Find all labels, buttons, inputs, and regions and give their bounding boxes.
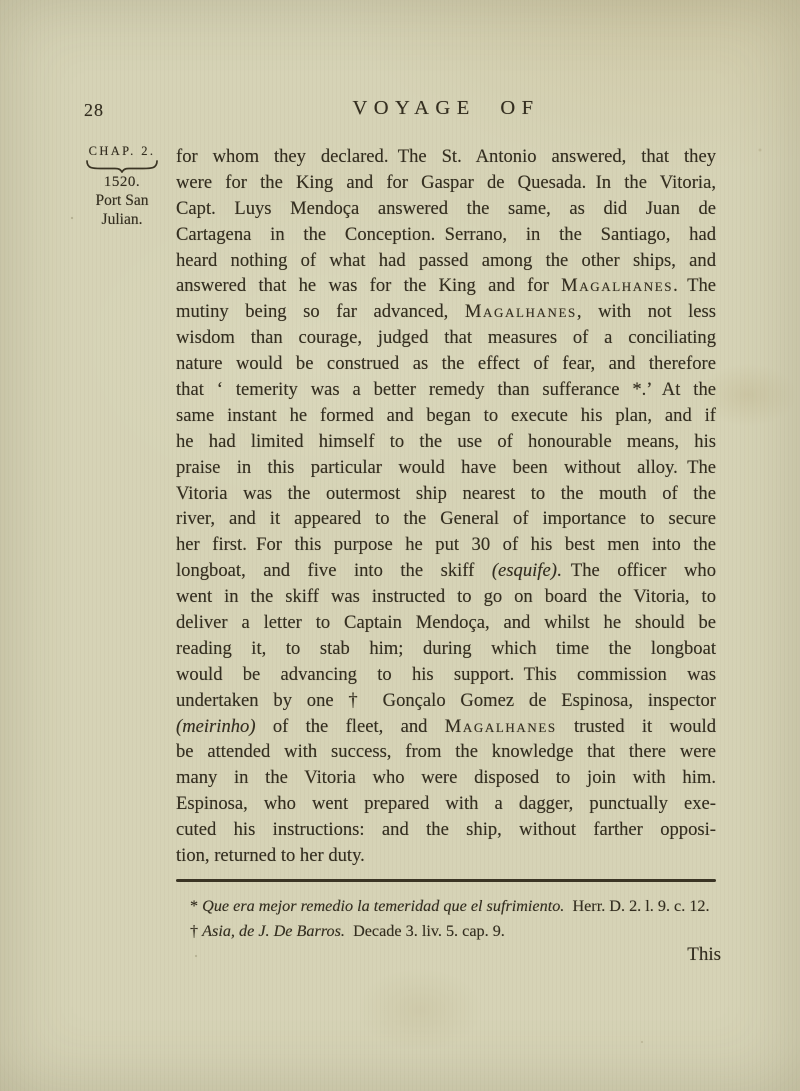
body-line: her first. For this purpose he put 30 of…: [176, 532, 716, 558]
place-label-line2: Julian.: [56, 212, 188, 229]
body-line: answered that he was for the King and fo…: [176, 273, 716, 299]
body-line: tion, returned to her duty.: [176, 843, 716, 869]
year-label: 1520.: [56, 174, 188, 191]
body-line: Espinosa, who went prepared with a dagge…: [176, 791, 716, 817]
running-title: VOYAGE OF: [176, 97, 716, 120]
body-line: be attended with success, from the knowl…: [176, 739, 716, 765]
body-line: went in the skiff was instructed to go o…: [176, 584, 716, 610]
body-line: praise in this particular would have bee…: [176, 455, 716, 481]
body-text: for whom they declared. The St. Antonio …: [176, 144, 716, 869]
catchword: This: [176, 944, 721, 966]
page-number: 28: [84, 100, 104, 121]
body-line: undertaken by one † Gonçalo Gomez de Esp…: [176, 688, 716, 714]
body-line: reading it, to stab him; during which ti…: [176, 636, 716, 662]
body-line: Capt. Luys Mendoça answered the same, as…: [176, 196, 716, 222]
body-line: longboat, and five into the skiff (esqui…: [176, 558, 716, 584]
body-line: heard nothing of what had passed among t…: [176, 248, 716, 274]
body-line: deliver a letter to Captain Mendoça, and…: [176, 610, 716, 636]
footnote-separator-rule: [176, 879, 716, 882]
body-line: Cartagena in the Conception. Serrano, in…: [176, 222, 716, 248]
body-line: same instant he formed and began to exec…: [176, 403, 716, 429]
chapter-underbrace-icon: [85, 160, 159, 173]
body-line: many in the Vitoria who were disposed to…: [176, 765, 716, 791]
body-line: cuted his instructions: and the ship, wi…: [176, 817, 716, 843]
footnote: * Que era mejor remedio la temeridad que…: [176, 894, 716, 919]
chapter-label: CHAP. 2.: [56, 144, 188, 159]
body-line: would be advancing to his support. This …: [176, 662, 716, 688]
body-line: he had limited himself to the use of hon…: [176, 429, 716, 455]
body-line: were for the King and for Gaspar de Ques…: [176, 170, 716, 196]
body-line: mutiny being so far advanced, Magalhanes…: [176, 299, 716, 325]
body-line: for whom they declared. The St. Antonio …: [176, 144, 716, 170]
body-line: nature would be construed as the effect …: [176, 351, 716, 377]
footnotes: * Que era mejor remedio la temeridad que…: [176, 894, 716, 943]
body-line: Vitoria was the outermost ship nearest t…: [176, 481, 716, 507]
footnote: † Asia, de J. De Barros. Decade 3. liv. …: [176, 919, 716, 944]
body-line: river, and it appeared to the General of…: [176, 506, 716, 532]
book-page: 28 VOYAGE OF CHAP. 2. 1520. Port San Jul…: [0, 0, 800, 1091]
body-line: (meirinho) of the fleet, and Magalhanes …: [176, 714, 716, 740]
margin-notes: CHAP. 2. 1520. Port San Julian.: [56, 144, 188, 228]
body-line: that ‘ temerity was a better remedy than…: [176, 377, 716, 403]
body-line: wisdom than courage, judged that measure…: [176, 325, 716, 351]
place-label-line1: Port San: [56, 193, 188, 210]
